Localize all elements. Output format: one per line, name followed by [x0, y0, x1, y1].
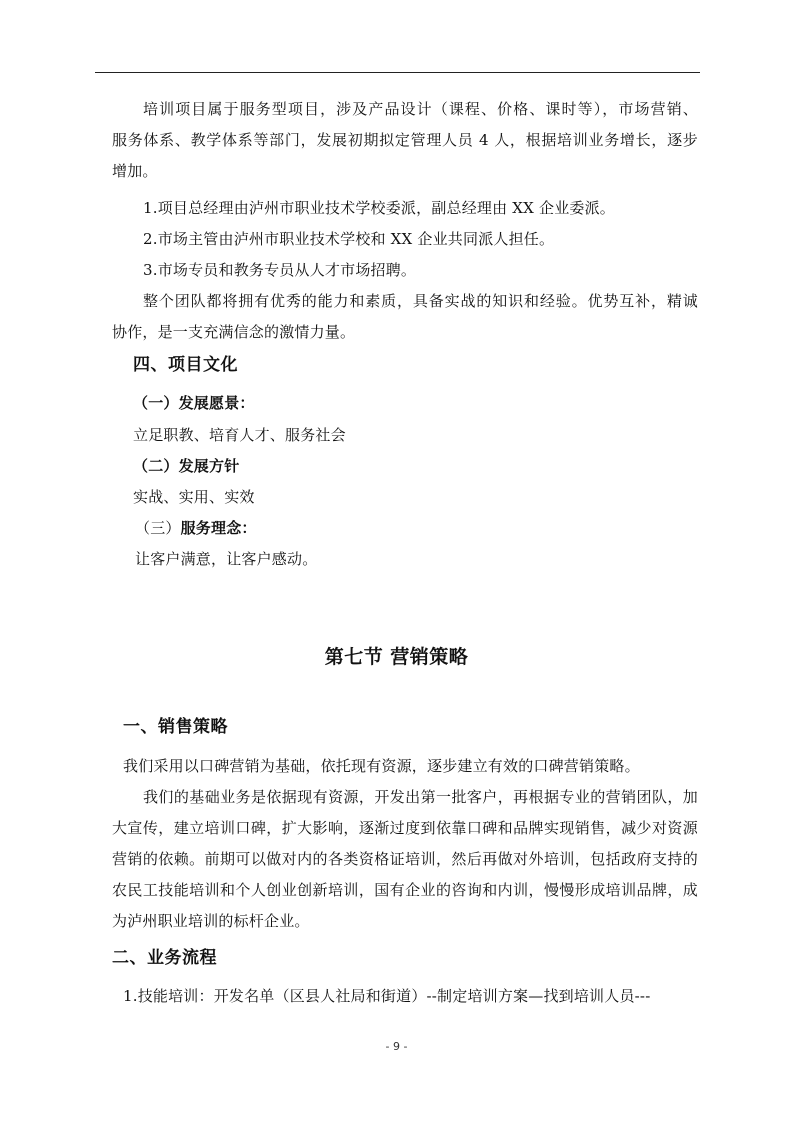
sales-body-line-2: 大宣传，建立培训口碑，扩大影响，逐渐过度到依靠口碑和品牌实现销售，减少对资源 [112, 818, 698, 838]
sales-body-line-4: 农民工技能培训和个人创业创新培训，国有企业的咨询和内训，慢慢形成培训品牌，成 [112, 880, 698, 900]
team-paragraph-line-2: 协作，是一支充满信念的激情力量。 [112, 322, 355, 342]
header-rule [95, 72, 700, 73]
intro-paragraph-line-2: 服务体系、教学体系等部门，发展初期拟定管理人员 4 人，根据培训业务增长，逐步 [112, 130, 698, 150]
team-paragraph-line-1: 整个团队都将拥有优秀的能力和素质，具备实战的知识和经验。优势互补，精诚 [112, 291, 698, 311]
list-item-3: 3.市场专员和教务专员从人才市场招聘。 [143, 260, 416, 280]
subheading-policy: （二）发展方针 [133, 456, 239, 476]
page-number: - 9 - [0, 1040, 793, 1053]
sales-body-line-1: 我们的基础业务是依据现有资源，开发出第一批客户，再根据专业的营销团队，加 [112, 787, 698, 807]
section-heading-sales: 一、销售策略 [123, 717, 228, 737]
service-text: 让客户满意，让客户感动。 [135, 549, 317, 569]
subheading-service-prefix: （三） [135, 519, 181, 537]
subheading-service-label: 服务理念： [181, 519, 257, 537]
sales-body-line-3: 营销的依赖。前期可以做对内的各类资格证培训，然后再做对外培训，包括政府支持的 [112, 849, 698, 869]
section-heading-culture: 四、项目文化 [133, 355, 238, 375]
subheading-service: （三）服务理念： [135, 518, 257, 538]
intro-paragraph-line-3: 增加。 [112, 161, 158, 181]
subheading-vision: （一）发展愿景： [133, 393, 255, 413]
section-heading-process: 二、业务流程 [112, 948, 217, 968]
chapter-title: 第七节 营销策略 [0, 647, 793, 667]
vision-text: 立足职教、培育人才、服务社会 [133, 425, 346, 445]
intro-paragraph-line-1: 培训项目属于服务型项目，涉及产品设计（课程、价格、课时等），市场营销、 [112, 99, 698, 119]
policy-text: 实战、实用、实效 [133, 487, 255, 507]
sales-body-line-5: 为泸州职业培训的标杆企业。 [112, 911, 310, 931]
process-item-1: 1.技能培训：开发名单（区县人社局和街道）--制定培训方案—找到培训人员--- [123, 986, 650, 1006]
sales-summary: 我们采用以口碑营销为基础，依托现有资源，逐步建立有效的口碑营销策略。 [123, 756, 640, 776]
list-item-1: 1.项目总经理由泸州市职业技术学校委派，副总经理由 XX 企业委派。 [143, 198, 615, 218]
list-item-2: 2.市场主管由泸州市职业技术学校和 XX 企业共同派人担任。 [143, 229, 554, 249]
